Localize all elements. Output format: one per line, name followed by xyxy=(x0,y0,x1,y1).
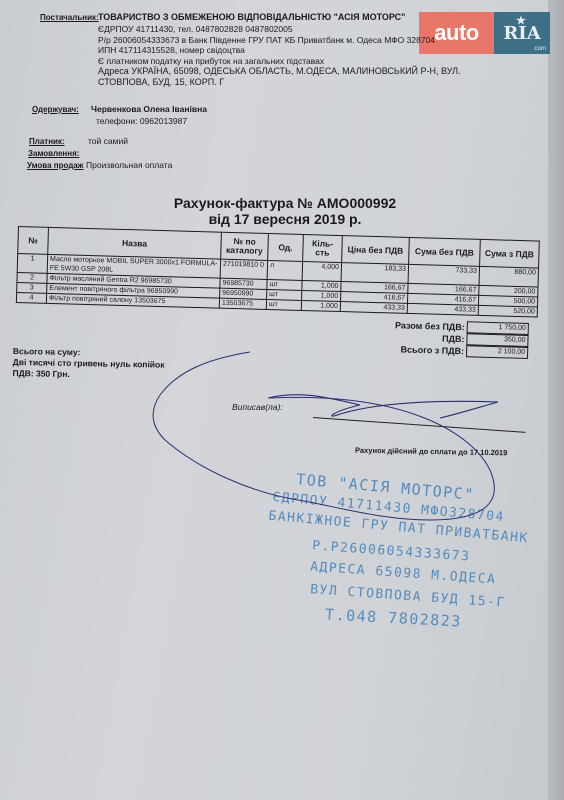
handwritten-signature xyxy=(0,0,564,800)
